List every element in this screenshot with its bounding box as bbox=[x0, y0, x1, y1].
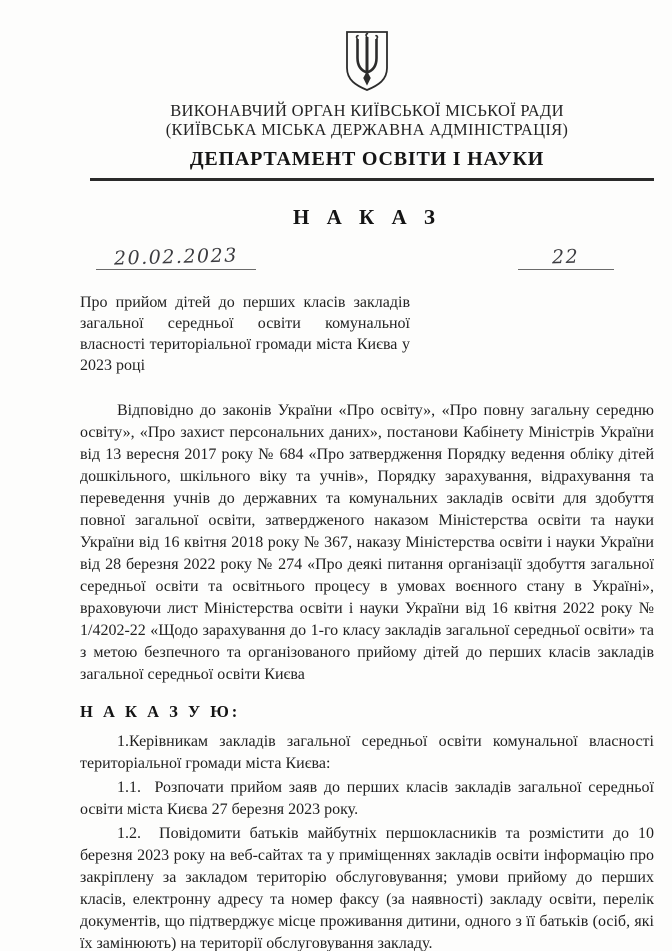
order-date-field: 20.02.2023 bbox=[96, 246, 256, 270]
resolve-heading: Н А К А З У Ю: bbox=[80, 702, 654, 722]
org-name-line2: (КИЇВСЬКА МІСЬКА ДЕРЖАВНА АДМІНІСТРАЦІЯ) bbox=[80, 120, 654, 139]
order-date-handwritten: 20.02.2023 bbox=[106, 244, 246, 271]
order-item-1: 1.Керівникам закладів загальної середньо… bbox=[80, 731, 654, 775]
order-item-1-1: 1.1. Розпочати прийом заяв до перших кла… bbox=[80, 777, 654, 821]
letterhead: ВИКОНАВЧИЙ ОРГАН КИЇВСЬКОЇ МІСЬКОЇ РАДИ … bbox=[80, 30, 654, 181]
order-number-handwritten: 22 bbox=[544, 245, 588, 269]
order-title: Н А К А З bbox=[80, 205, 654, 230]
scanned-order-document: ВИКОНАВЧИЙ ОРГАН КИЇВСЬКОЇ МІСЬКОЇ РАДИ … bbox=[0, 0, 672, 951]
ukraine-trident-coat-of-arms-icon bbox=[344, 30, 390, 97]
order-item-1-2: 1.2. Повідомити батьків майбутніх першок… bbox=[80, 823, 654, 951]
letterhead-rule bbox=[90, 178, 654, 181]
org-name-line1: ВИКОНАВЧИЙ ОРГАН КИЇВСЬКОЇ МІСЬКОЇ РАДИ bbox=[80, 101, 654, 120]
order-subject: Про прийом дітей до перших класів заклад… bbox=[80, 292, 410, 376]
order-preamble: Відповідно до законів України «Про освіт… bbox=[80, 400, 654, 686]
date-number-row: 20.02.2023 22 bbox=[80, 246, 654, 270]
order-number-field: 22 bbox=[518, 246, 614, 270]
department-name: ДЕПАРТАМЕНТ ОСВІТИ І НАУКИ bbox=[80, 148, 654, 171]
